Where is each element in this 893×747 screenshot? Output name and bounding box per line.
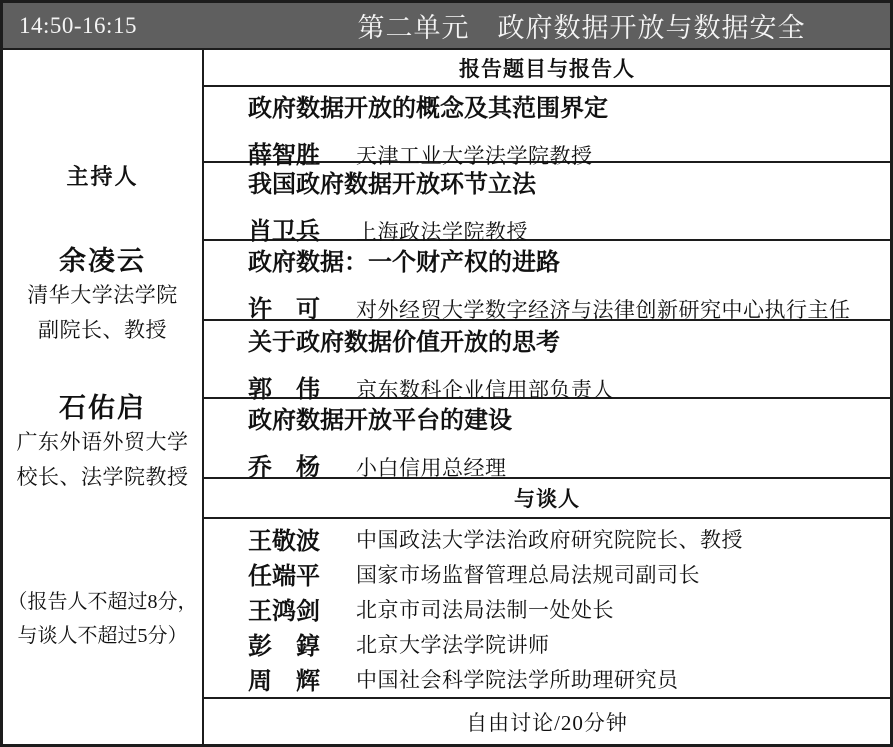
speaker-row: 乔 杨 小白信用总经理 (248, 447, 880, 482)
speaker-row: 许 可 对外经贸大学数字经济与法律创新研究中心执行主任 (248, 289, 880, 324)
talk-title: 政府数据开放的概念及其范围界定 (248, 94, 880, 123)
discussant-row: 彭 錞 北京大学法学院讲师 (248, 626, 880, 661)
discussants-list: 王敬波 中国政法大学法治政府研究院院长、教授 任端平 国家市场监督管理总局法规司… (204, 519, 890, 699)
talk-title: 关于政府数据价值开放的思考 (248, 328, 880, 357)
talk-title: 政府数据：一个财产权的进路 (248, 248, 880, 277)
talks-section-header: 报告题目与报告人 (204, 50, 890, 87)
moderator-name: 石佑启 (59, 386, 146, 425)
discussant-name: 王鸿剑 (248, 591, 326, 626)
discussant-affiliation: 中国政法大学法治政府研究院院长、教授 (356, 524, 743, 554)
moderator-role-label: 主持人 (66, 160, 138, 191)
session-time: 14:50-16:15 (3, 13, 201, 39)
talk-row: 政府数据：一个财产权的进路 许 可 对外经贸大学数字经济与法律创新研究中心执行主… (204, 241, 890, 321)
time-limit-note-line: （报告人不超过8分， (8, 585, 198, 619)
time-limit-note-line: 与谈人不超过5分） (8, 619, 198, 653)
discussant-row: 周 辉 中国社会科学院法学所助理研究员 (248, 661, 880, 696)
moderator-affiliation: 清华大学法学院 (27, 278, 178, 313)
discussant-affiliation: 北京大学法学院讲师 (356, 629, 550, 659)
talk-row: 政府数据开放的概念及其范围界定 薛智胜 天津工业大学法学院教授 (204, 87, 890, 163)
talk-title: 政府数据开放平台的建设 (248, 406, 880, 435)
discussants-section-header: 与谈人 (204, 479, 890, 519)
free-discussion-row: 自由讨论/20分钟 (204, 699, 890, 744)
discussant-row: 王鸿剑 北京市司法局法制一处处长 (248, 591, 880, 626)
moderator-name: 余凌云 (59, 239, 146, 278)
session-header-row: 14:50-16:15 第二单元 政府数据开放与数据安全 (3, 3, 890, 50)
time-limit-note: （报告人不超过8分， 与谈人不超过5分） (8, 585, 198, 653)
discussant-name: 任端平 (248, 556, 326, 591)
moderator-affiliation: 副院长、教授 (38, 313, 167, 348)
moderator-affiliation: 校长、法学院教授 (17, 460, 189, 495)
speaker-affiliation: 小白信用总经理 (356, 452, 507, 482)
speaker-name: 许 可 (248, 289, 326, 324)
talks-panel: 报告题目与报告人 政府数据开放的概念及其范围界定 薛智胜 天津工业大学法学院教授… (204, 50, 890, 744)
speaker-affiliation: 对外经贸大学数字经济与法律创新研究中心执行主任 (356, 294, 851, 324)
speaker-name: 乔 杨 (248, 447, 326, 482)
discussant-affiliation: 中国社会科学院法学所助理研究员 (356, 664, 679, 694)
talk-title: 我国政府数据开放环节立法 (248, 170, 880, 199)
discussant-name: 彭 錞 (248, 626, 326, 661)
discussant-row: 任端平 国家市场监督管理总局法规司副司长 (248, 556, 880, 591)
discussant-affiliation: 北京市司法局法制一处处长 (356, 594, 614, 624)
talk-row: 我国政府数据开放环节立法 肖卫兵 上海政法学院教授 (204, 163, 890, 241)
moderator-affiliation: 广东外语外贸大学 (17, 425, 189, 460)
talk-row: 关于政府数据价值开放的思考 郭 伟 京东数科企业信用部负责人 (204, 321, 890, 399)
discussant-name: 王敬波 (248, 521, 326, 556)
moderator-panel: 主持人 余凌云 清华大学法学院 副院长、教授 石佑启 广东外语外贸大学 校长、法… (3, 50, 204, 744)
session-schedule-table: 14:50-16:15 第二单元 政府数据开放与数据安全 主持人 余凌云 清华大… (0, 0, 893, 747)
discussant-row: 王敬波 中国政法大学法治政府研究院院长、教授 (248, 521, 880, 556)
discussant-name: 周 辉 (248, 661, 326, 696)
discussant-affiliation: 国家市场监督管理总局法规司副司长 (356, 559, 700, 589)
schedule-body: 主持人 余凌云 清华大学法学院 副院长、教授 石佑启 广东外语外贸大学 校长、法… (3, 50, 890, 744)
session-title: 第二单元 政府数据开放与数据安全 (201, 6, 890, 45)
talk-row: 政府数据开放平台的建设 乔 杨 小白信用总经理 (204, 399, 890, 479)
